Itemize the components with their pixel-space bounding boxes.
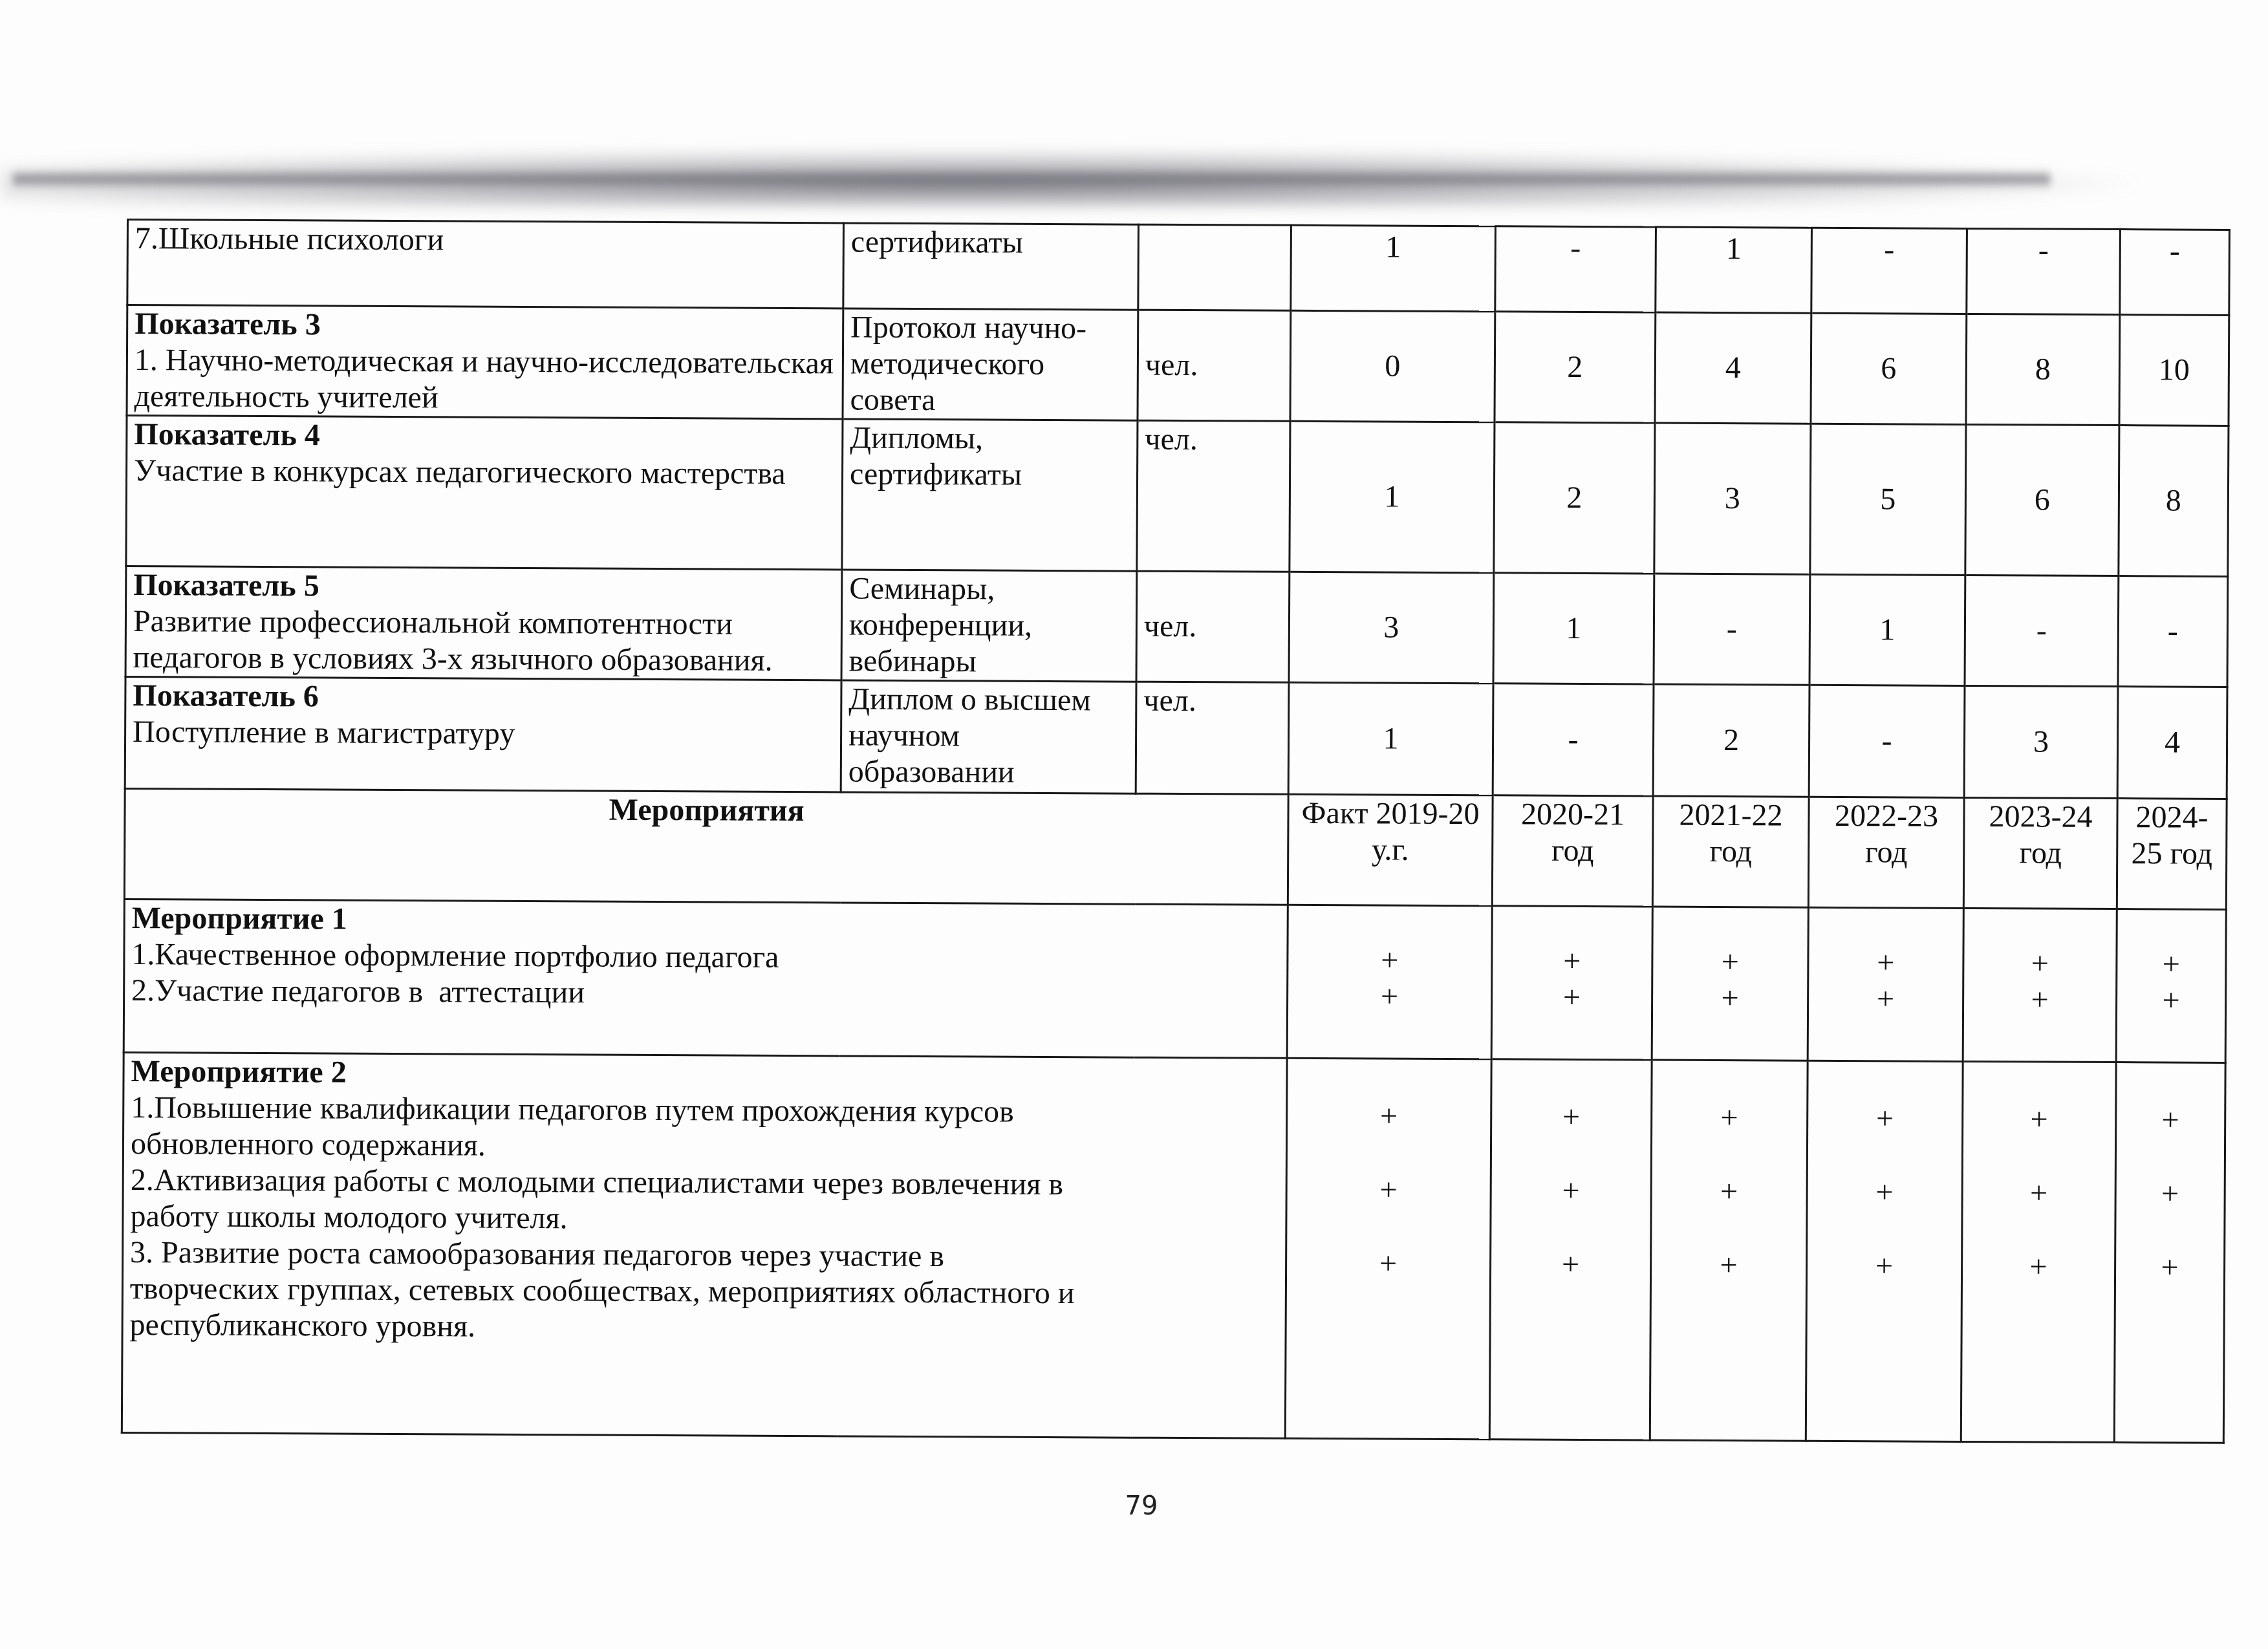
event-marks-cell: ++ (1808, 907, 1963, 1061)
value-cell: 1 (1493, 573, 1654, 684)
plus-mark: + (2163, 946, 2180, 982)
event-item: 1.Качественное оформление портфолио педа… (131, 936, 1280, 978)
value-cell: 3 (1964, 685, 2118, 798)
value-cell: 8 (2119, 426, 2229, 577)
plus-mark: + (2162, 982, 2179, 1018)
document-page: 7.Школьные психологи сертификаты 1 - 1 -… (121, 219, 2229, 1444)
value-cell: - (2118, 576, 2228, 687)
plus-mark: + (2162, 1102, 2179, 1138)
event-marks-cell: +++ (1285, 1058, 1491, 1439)
event-marks-cell: +++ (2114, 1062, 2225, 1443)
indicator-description: Показатель 6 Поступление в магистратуру (125, 676, 841, 792)
event-marks-cell: +++ (1650, 1060, 1808, 1441)
value-cell: 3 (1654, 423, 1811, 574)
value-cell: 6 (1965, 424, 2119, 576)
event-title: Мероприятие 2 (131, 1053, 1279, 1095)
event-marks-cell: +++ (1961, 1061, 2116, 1442)
plus-mark: + (1379, 1172, 1397, 1208)
event-marks-cell: ++ (1652, 907, 1808, 1061)
indicator-unit: чел. (1136, 682, 1289, 794)
plus-mark: + (1721, 980, 1738, 1017)
value-cell: - (1495, 226, 1656, 312)
indicator-description: Показатель 3 1. Научно-методическая и на… (127, 305, 843, 419)
column-header-year: 2024-25 год (2117, 799, 2227, 910)
column-header-year: 2022-23 год (1808, 797, 1964, 908)
indicator-description: 7.Школьные психологи (127, 220, 844, 308)
plus-mark: + (1875, 1174, 1893, 1211)
event-marks-cell: ++ (1963, 908, 2117, 1062)
indicator-document: сертификаты (843, 223, 1139, 310)
table-row: Показатель 5 Развитие профессиональной к… (125, 566, 2228, 687)
table-row: Мероприятие 1 1.Качественное оформление … (124, 899, 2226, 1062)
table-row: Показатель 4 Участие в конкурсах педагог… (126, 416, 2229, 577)
events-header-row: Мероприятия Факт 2019-20 у.г. 2020-21 го… (124, 788, 2227, 909)
plus-mark: + (2030, 1175, 2047, 1211)
indicator-document: Диплом о высшем научном образовании (841, 680, 1136, 793)
value-cell: - (2120, 230, 2230, 316)
column-header-fact: Факт 2019-20 у.г. (1288, 794, 1493, 906)
column-header-year: 2020-21 год (1492, 795, 1653, 907)
plus-mark: + (1381, 978, 1398, 1015)
value-cell: 6 (1811, 313, 1967, 424)
plus-mark: + (1562, 1247, 1579, 1283)
value-cell: - (1654, 574, 1810, 685)
plus-mark: + (2031, 1101, 2048, 1137)
indicator-document: Протокол научно-методического совета (843, 308, 1138, 420)
value-cell: 3 (1289, 572, 1494, 684)
indicator-unit (1138, 224, 1291, 310)
value-cell: 1 (1288, 682, 1493, 795)
indicator-description-text: Участие в конкурсах педагогического маст… (134, 453, 835, 492)
value-cell: 10 (2119, 315, 2229, 426)
plus-mark: + (2031, 982, 2048, 1018)
plus-mark: + (1562, 1173, 1579, 1209)
indicators-table: 7.Школьные психологи сертификаты 1 - 1 -… (121, 219, 2230, 1444)
table-row: Мероприятие 2 1.Повышение квалификации п… (122, 1052, 2225, 1443)
plus-mark: + (2031, 945, 2049, 982)
plus-mark: + (2029, 1249, 2047, 1285)
value-cell: - (1811, 228, 1967, 314)
indicator-description-text: Развитие профессиональной компотентности… (133, 603, 835, 679)
indicator-description-text: Поступление в магистратуру (133, 714, 834, 753)
value-cell: 8 (1966, 314, 2120, 425)
value-cell: - (1493, 684, 1654, 796)
plus-mark: + (1381, 942, 1398, 978)
indicator-description-text: 1. Научно-методическая и научно-исследов… (135, 342, 836, 418)
event-marks-cell: +++ (1806, 1061, 1963, 1441)
indicator-document: Семинары, конференции, вебинары (841, 570, 1137, 682)
plus-mark: + (2161, 1176, 2179, 1212)
column-header-year: 2021-22 год (1652, 796, 1809, 907)
indicator-unit: чел. (1138, 310, 1291, 421)
plus-mark: + (1876, 1101, 1894, 1137)
table-row: Показатель 6 Поступление в магистратуру … (125, 676, 2227, 799)
plus-mark: + (1720, 1174, 1738, 1210)
plus-mark: + (1875, 1248, 1893, 1284)
indicator-title: Показатель 6 (133, 678, 834, 717)
plus-mark: + (2161, 1249, 2178, 1286)
event-marks-cell: ++ (1491, 906, 1652, 1060)
indicator-description: Показатель 4 Участие в конкурсах педагог… (126, 416, 843, 570)
value-cell: 4 (1655, 312, 1811, 424)
event-item: 3. Развитие роста самообразования педаго… (130, 1234, 1279, 1349)
value-cell: 2 (1495, 312, 1656, 423)
plus-mark: + (1877, 945, 1894, 981)
indicator-description-text: 7.Школьные психологи (135, 221, 836, 260)
plus-mark: + (1380, 1098, 1398, 1134)
event-description: Мероприятие 2 1.Повышение квалификации п… (122, 1052, 1287, 1438)
indicator-unit: чел. (1136, 571, 1290, 682)
value-cell: 1 (1809, 574, 1965, 685)
event-description: Мероприятие 1 1.Качественное оформление … (124, 899, 1288, 1058)
indicator-description: Показатель 5 Развитие профессиональной к… (125, 566, 842, 680)
event-item: 2.Участие педагогов в аттестации (131, 973, 1280, 1015)
indicator-document: Дипломы, сертификаты (842, 419, 1138, 571)
page-number: 79 (1116, 1491, 1167, 1521)
event-marks-cell: +++ (1489, 1059, 1652, 1440)
plus-mark: + (1877, 981, 1894, 1017)
plus-mark: + (1720, 1247, 1737, 1284)
plus-mark: + (1562, 1099, 1580, 1136)
indicator-title: Показатель 4 (134, 416, 835, 456)
indicator-title: Показатель 3 (135, 306, 836, 345)
indicator-title: Показатель 5 (133, 567, 834, 607)
indicator-unit: чел. (1137, 420, 1290, 572)
value-cell: 5 (1810, 424, 1966, 575)
event-marks-cell: ++ (1287, 905, 1492, 1059)
event-item: 1.Повышение квалификации педагогов путем… (131, 1090, 1280, 1168)
value-cell: 1 (1656, 227, 1812, 313)
value-cell: 4 (2117, 687, 2227, 799)
value-cell: - (1965, 575, 2119, 686)
event-marks-cell: ++ (2116, 909, 2226, 1063)
plus-mark: + (1563, 980, 1581, 1016)
plus-mark: + (1721, 1100, 1738, 1136)
events-header-label: Мероприятия (124, 788, 1288, 905)
scan-shadow-band (13, 169, 2050, 189)
plus-mark: + (1563, 943, 1581, 980)
event-title: Мероприятие 1 (132, 900, 1280, 942)
plus-mark: + (1379, 1245, 1397, 1282)
value-cell: 2 (1653, 684, 1809, 797)
value-cell: 2 (1494, 422, 1655, 574)
value-cell: 1 (1290, 421, 1495, 573)
value-cell: 0 (1290, 310, 1495, 422)
table-row: Показатель 3 1. Научно-методическая и на… (127, 305, 2229, 426)
column-header-year: 2023-24 год (1963, 797, 2117, 909)
value-cell: 1 (1291, 225, 1496, 312)
value-cell: - (1809, 685, 1965, 797)
plus-mark: + (1722, 944, 1739, 980)
event-item: 2.Активизация работы с молодыми специали… (130, 1162, 1279, 1240)
value-cell: - (1967, 228, 2121, 314)
table-row: 7.Школьные психологи сертификаты 1 - 1 -… (127, 220, 2230, 316)
